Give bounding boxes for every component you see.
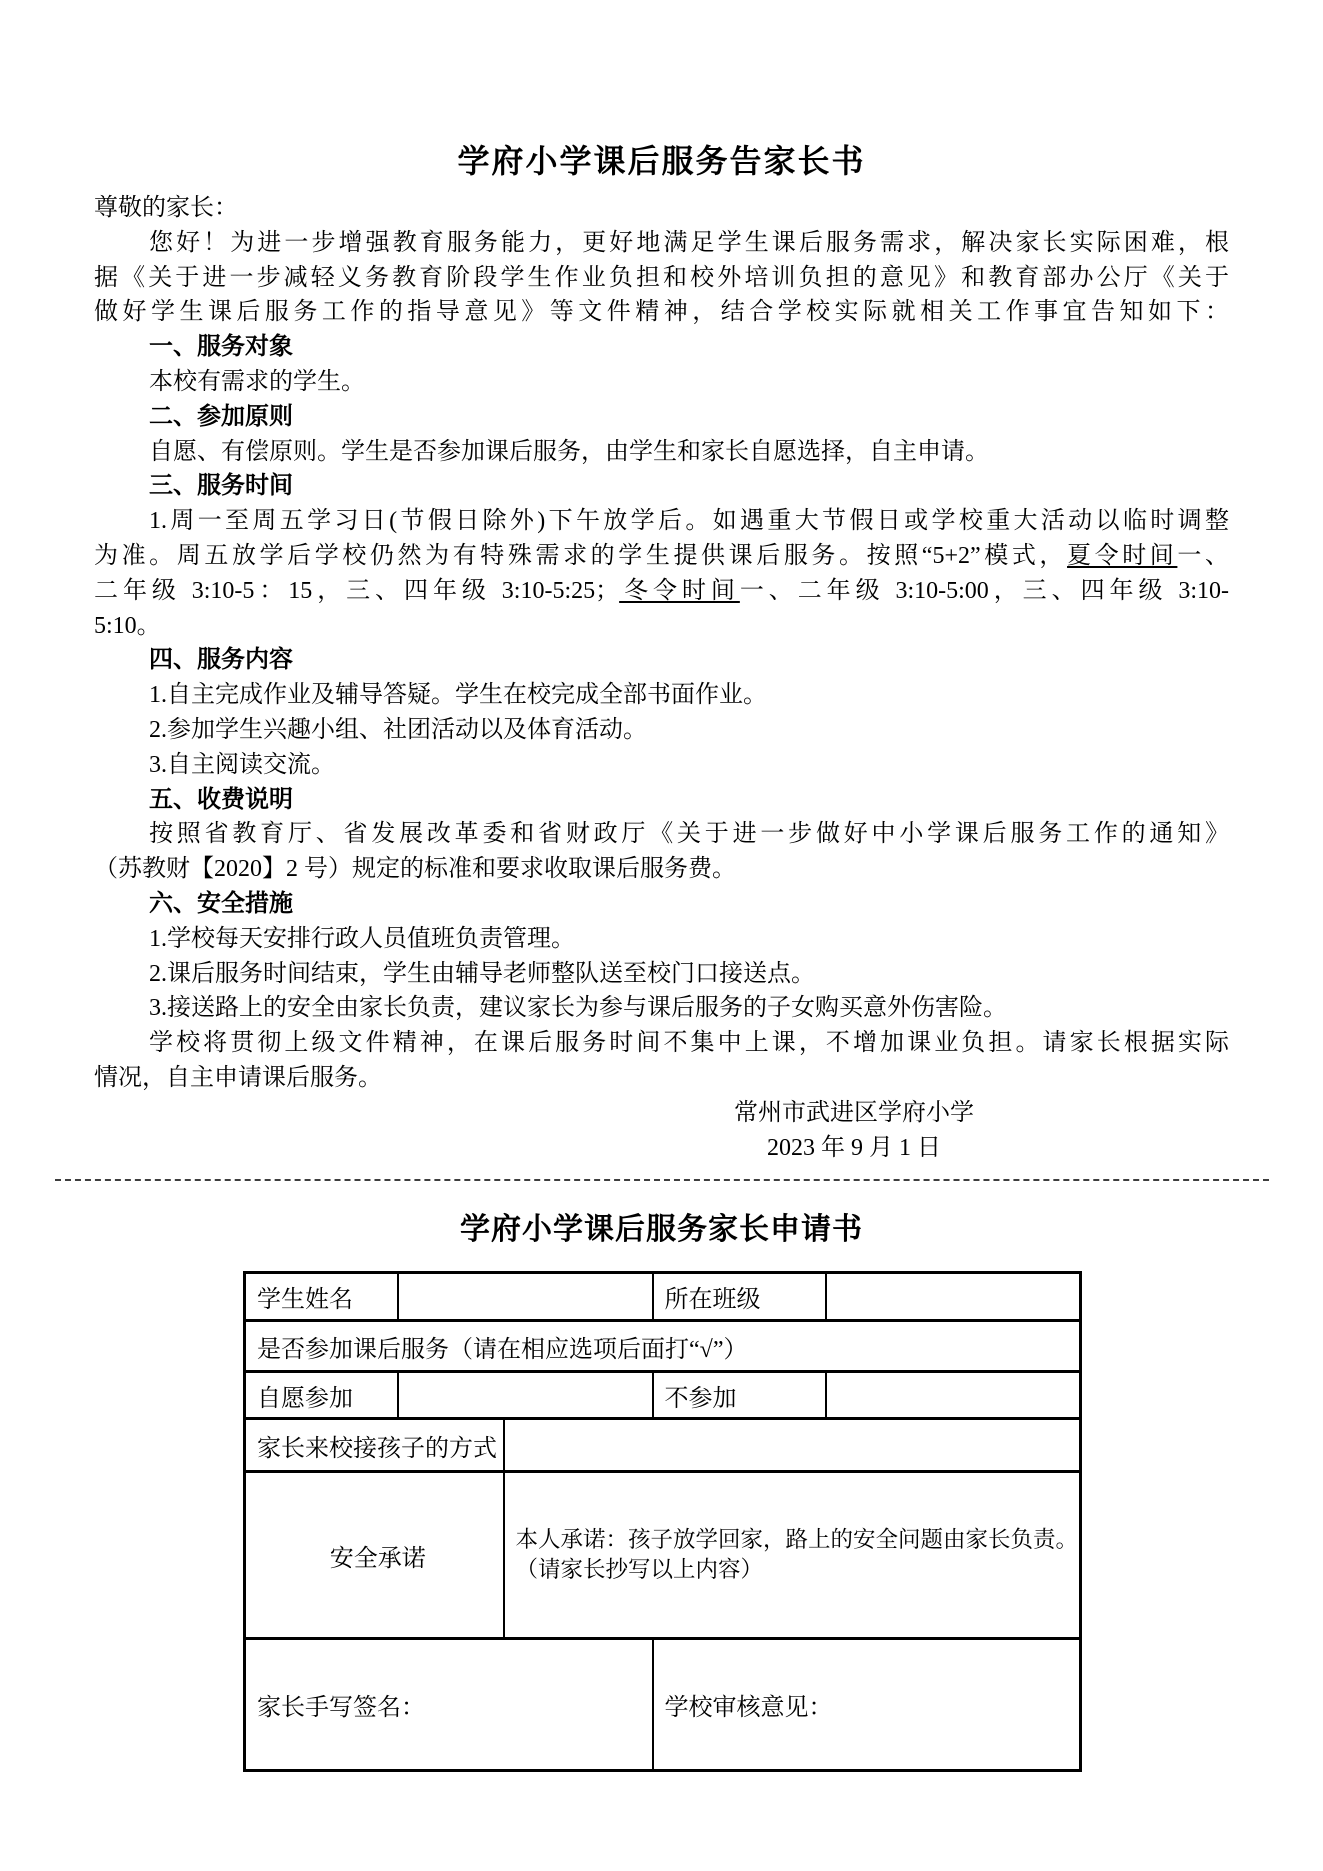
pickup-input-cell <box>504 1419 1081 1472</box>
table-row-choice: 自愿参加 不参加 <box>245 1372 1081 1419</box>
notice-line: 做好学生课后服务工作的指导意见》等文件精神，结合学校实际就相关工作事宜告知如下： <box>94 295 1229 330</box>
section-heading-6: 六、安全措施 <box>94 887 1229 922</box>
notice-line: 情况，自主申请课后服务。 <box>94 1061 1229 1096</box>
notice-line: 5:10。 <box>94 609 1229 644</box>
notice-line: 1.周一至周五学习日(节假日除外)下午放学后。如遇重大节假日或学校重大活动以临时… <box>94 504 1229 539</box>
line-text: 为准。周五放学后学校仍然为有特殊需求的学生提供课后服务。按照“5+2”模式， <box>94 543 1067 569</box>
student-name-input-cell <box>398 1273 653 1321</box>
class-label-cell: 所在班级 <box>653 1273 826 1321</box>
signature-org: 常州市武进区学府小学 <box>734 1096 974 1131</box>
notice-line: 自愿、有偿原则。学生是否参加课后服务，由学生和家长自愿选择，自主申请。 <box>94 435 1229 470</box>
signature-block: 常州市武进区学府小学 2023 年 9 月 1 日 <box>734 1096 974 1166</box>
notice-line: （苏教财【2020】2 号）规定的标准和要求收取课后服务费。 <box>94 852 1229 887</box>
line-text: 二年级 3:10-5：15，三、四年级 3:10-5:25； <box>94 578 619 604</box>
signature-date: 2023 年 9 月 1 日 <box>734 1131 974 1166</box>
class-input-cell <box>826 1273 1081 1321</box>
line-text: 一、二年级 3:10-5:00，三、四年级 3:10- <box>740 578 1229 604</box>
section-heading-3: 三、服务时间 <box>94 469 1229 504</box>
notice-line: 3.接送路上的安全由家长负责，建议家长为参与课后服务的子女购买意外伤害险。 <box>94 991 1229 1026</box>
notice-salutation: 尊敬的家长： <box>94 191 1229 226</box>
pledge-line-2: （请家长抄写以上内容） <box>516 1555 1076 1585</box>
pledge-label-cell: 安全承诺 <box>245 1472 504 1639</box>
notice-body: 尊敬的家长： 您好！为进一步增强教育服务能力，更好地满足学生课后服务需求，解决家… <box>94 191 1229 1096</box>
notice-line: 本校有需求的学生。 <box>94 365 1229 400</box>
parent-signature-cell: 家长手写签名： <box>245 1639 653 1771</box>
school-review-cell: 学校审核意见： <box>653 1639 1081 1771</box>
join-label-cell: 自愿参加 <box>245 1372 398 1419</box>
notice-line: 二年级 3:10-5：15，三、四年级 3:10-5:25；冬令时间一、二年级 … <box>94 574 1229 609</box>
pickup-label-cell: 家长来校接孩子的方式 <box>245 1419 504 1472</box>
pledge-line-1: 本人承诺：孩子放学回家，路上的安全问题由家长负责。 <box>516 1525 1076 1555</box>
section-heading-1: 一、服务对象 <box>94 330 1229 365</box>
section-heading-2: 二、参加原则 <box>94 400 1229 435</box>
section-heading-5: 五、收费说明 <box>94 783 1229 818</box>
underlined-term-winter-time: 冬令时间 <box>619 578 740 604</box>
table-row-pledge: 安全承诺 本人承诺：孩子放学回家，路上的安全问题由家长负责。 （请家长抄写以上内… <box>245 1472 1081 1639</box>
line-text: 一、 <box>1177 543 1229 569</box>
table-row-question: 是否参加课后服务（请在相应选项后面打“√”） <box>245 1321 1081 1372</box>
notice-line: 1.自主完成作业及辅导答疑。学生在校完成全部书面作业。 <box>94 678 1229 713</box>
notice-line: 3.自主阅读交流。 <box>94 748 1229 783</box>
participate-question-cell: 是否参加课后服务（请在相应选项后面打“√”） <box>245 1321 1081 1372</box>
notice-line: 为准。周五放学后学校仍然为有特殊需求的学生提供课后服务。按照“5+2”模式，夏令… <box>94 539 1229 574</box>
cut-line-separator <box>55 1179 1269 1181</box>
underlined-term-summer-time: 夏令时间 <box>1067 543 1177 569</box>
form-title: 学府小学课后服务家长申请书 <box>94 1211 1229 1249</box>
application-form-table: 学生姓名 所在班级 是否参加课后服务（请在相应选项后面打“√”） 自愿参加 不参… <box>243 1271 1082 1772</box>
table-row-name-class: 学生姓名 所在班级 <box>245 1273 1081 1321</box>
notice-line: 1.学校每天安排行政人员值班负责管理。 <box>94 922 1229 957</box>
not-join-check-cell <box>826 1372 1081 1419</box>
pledge-content-cell: 本人承诺：孩子放学回家，路上的安全问题由家长负责。 （请家长抄写以上内容） <box>504 1472 1081 1639</box>
document-page: 学府小学课后服务告家长书 尊敬的家长： 您好！为进一步增强教育服务能力，更好地满… <box>0 0 1323 1871</box>
notice-line: 按照省教育厅、省发展改革委和省财政厅《关于进一步做好中小学课后服务工作的通知》 <box>94 817 1229 852</box>
section-heading-4: 四、服务内容 <box>94 643 1229 678</box>
table-row-signatures: 家长手写签名： 学校审核意见： <box>245 1639 1081 1771</box>
notice-line: 2.参加学生兴趣小组、社团活动以及体育活动。 <box>94 713 1229 748</box>
notice-line: 学校将贯彻上级文件精神，在课后服务时间不集中上课，不增加课业负担。请家长根据实际 <box>94 1026 1229 1061</box>
not-join-label-cell: 不参加 <box>653 1372 826 1419</box>
notice-line: 据《关于进一步减轻义务教育阶段学生作业负担和校外培训负担的意见》和教育部办公厅《… <box>94 261 1229 296</box>
notice-line: 2.课后服务时间结束，学生由辅导老师整队送至校门口接送点。 <box>94 957 1229 992</box>
student-name-label-cell: 学生姓名 <box>245 1273 398 1321</box>
join-check-cell <box>398 1372 653 1419</box>
notice-line: 您好！为进一步增强教育服务能力，更好地满足学生课后服务需求，解决家长实际困难，根 <box>94 226 1229 261</box>
notice-title: 学府小学课后服务告家长书 <box>94 0 1229 180</box>
table-row-pickup: 家长来校接孩子的方式 <box>245 1419 1081 1472</box>
